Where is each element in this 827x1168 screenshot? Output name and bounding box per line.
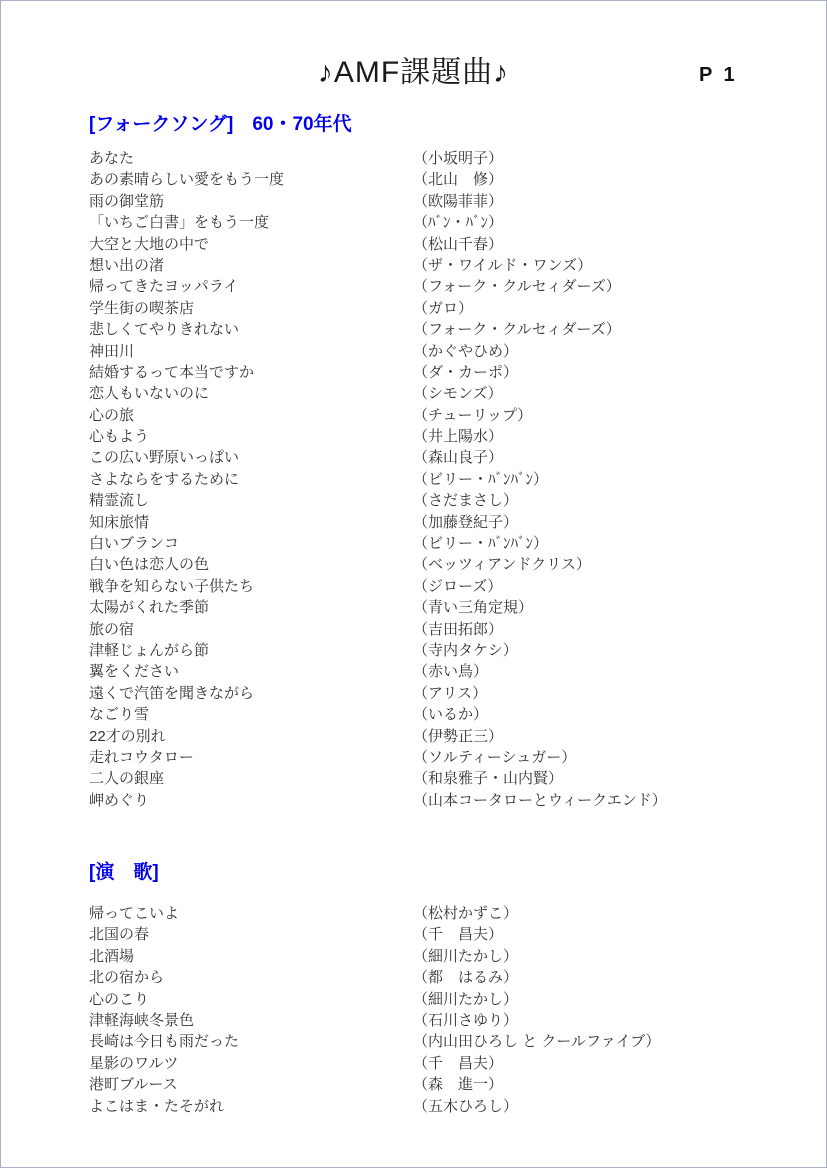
song-row: 帰ってこいよ（松村かずこ）: [89, 903, 786, 924]
song-row: 津軽じょんがら節（寺内タケシ）: [89, 640, 786, 661]
song-title: さよならをするために: [89, 469, 413, 490]
song-title: 遠くで汽笛を聞きながら: [89, 683, 413, 704]
song-row: あなた（小坂明子）: [89, 148, 786, 169]
song-title: 帰ってこいよ: [89, 903, 413, 924]
song-artist: （アリス）: [413, 683, 786, 704]
song-title: 心の旅: [89, 405, 413, 426]
song-title: 結婚するって本当ですか: [89, 362, 413, 383]
song-title: 大空と大地の中で: [89, 234, 413, 255]
song-row: よこはま・たそがれ（五木ひろし）: [89, 1096, 786, 1117]
song-row: 結婚するって本当ですか（ダ・カーポ）: [89, 362, 786, 383]
song-artist: （さだまさし）: [413, 490, 786, 511]
song-title: 旅の宿: [89, 619, 413, 640]
song-artist: （森 進一）: [413, 1074, 786, 1095]
song-artist: （北山 修）: [413, 169, 786, 190]
song-artist: （千 昌夫）: [413, 924, 786, 945]
song-row: 港町ブルース（森 進一）: [89, 1074, 786, 1095]
song-row: 戦争を知らない子供たち（ジローズ）: [89, 576, 786, 597]
song-artist: （ビリー・ﾊﾞﾝﾊﾞﾝ）: [413, 469, 786, 490]
song-artist: （吉田拓郎）: [413, 619, 786, 640]
song-row: 神田川（かぐやひめ）: [89, 341, 786, 362]
song-row: 恋人もいないのに（シモンズ）: [89, 383, 786, 404]
song-artist: （松村かずこ）: [413, 903, 786, 924]
song-artist: （森山良子）: [413, 447, 786, 468]
song-row: 雨の御堂筋（欧陽菲菲）: [89, 191, 786, 212]
song-artist: （ジローズ）: [413, 576, 786, 597]
song-artist: （細川たかし）: [413, 989, 786, 1010]
song-row: 心もよう（井上陽水）: [89, 426, 786, 447]
song-row: 星影のワルツ（千 昌夫）: [89, 1053, 786, 1074]
song-list-page: { "page": { "title": "♪AMF課題曲♪", "page_n…: [0, 0, 827, 1168]
song-artist: （赤い鳥）: [413, 661, 786, 682]
song-title: よこはま・たそがれ: [89, 1096, 413, 1117]
song-title: あなた: [89, 148, 413, 169]
song-title: 知床旅情: [89, 512, 413, 533]
song-artist: （いるか）: [413, 704, 786, 725]
song-title: 星影のワルツ: [89, 1053, 413, 1074]
song-row: 遠くで汽笛を聞きながら（アリス）: [89, 683, 786, 704]
song-artist: （ガロ）: [413, 298, 786, 319]
song-artist: （加藤登紀子）: [413, 512, 786, 533]
song-row: 白い色は恋人の色（ベッツィアンドクリス）: [89, 554, 786, 575]
song-list-enka: 帰ってこいよ（松村かずこ）北国の春（千 昌夫）北酒場（細川たかし）北の宿から（都…: [89, 903, 786, 1117]
song-row: 心のこり（細川たかし）: [89, 989, 786, 1010]
song-title: 津軽海峡冬景色: [89, 1010, 413, 1031]
song-title: 白いブランコ: [89, 533, 413, 554]
song-row: 太陽がくれた季節（青い三角定規）: [89, 597, 786, 618]
song-title: 心もよう: [89, 426, 413, 447]
song-artist: （内山田ひろし と クールファイブ）: [413, 1031, 786, 1052]
song-artist: （かぐやひめ）: [413, 341, 786, 362]
song-row: 旅の宿（吉田拓郎）: [89, 619, 786, 640]
song-artist: （井上陽水）: [413, 426, 786, 447]
song-artist: （和泉雅子・山内賢）: [413, 768, 786, 789]
song-row: 走れコウタロー（ソルティーシュガー）: [89, 747, 786, 768]
song-artist: （ﾊﾞﾝ・ﾊﾞﾝ）: [413, 212, 786, 233]
section-heading-folk-song: [フォークソング] 60・70年代: [89, 109, 352, 136]
song-title: 学生街の喫茶店: [89, 298, 413, 319]
song-artist: （欧陽菲菲）: [413, 191, 786, 212]
song-row: 想い出の渚（ザ・ワイルド・ワンズ）: [89, 255, 786, 276]
song-row: 心の旅（チューリップ）: [89, 405, 786, 426]
song-title: 恋人もいないのに: [89, 383, 413, 404]
song-title: 北酒場: [89, 946, 413, 967]
song-title: 神田川: [89, 341, 413, 362]
song-row: 精霊流し（さだまさし）: [89, 490, 786, 511]
song-row: 北の宿から（都 はるみ）: [89, 967, 786, 988]
song-row: 長崎は今日も雨だった（内山田ひろし と クールファイブ）: [89, 1031, 786, 1052]
song-title: あの素晴らしい愛をもう一度: [89, 169, 413, 190]
song-list-folk: あなた（小坂明子）あの素晴らしい愛をもう一度（北山 修）雨の御堂筋（欧陽菲菲）「…: [89, 148, 786, 811]
song-row: あの素晴らしい愛をもう一度（北山 修）: [89, 169, 786, 190]
song-title: 帰ってきたヨッパライ: [89, 276, 413, 297]
song-row: 学生街の喫茶店（ガロ）: [89, 298, 786, 319]
song-artist: （寺内タケシ）: [413, 640, 786, 661]
song-row: 22才の別れ（伊勢正三）: [89, 726, 786, 747]
song-row: 悲しくてやりきれない（フォーク・クルセィダーズ）: [89, 319, 786, 340]
song-title: 翼をください: [89, 661, 413, 682]
song-artist: （五木ひろし）: [413, 1096, 786, 1117]
song-artist: （チューリップ）: [413, 405, 786, 426]
song-row: 津軽海峡冬景色（石川さゆり）: [89, 1010, 786, 1031]
song-row: 北国の春（千 昌夫）: [89, 924, 786, 945]
song-title: 走れコウタロー: [89, 747, 413, 768]
song-row: この広い野原いっぱい（森山良子）: [89, 447, 786, 468]
song-artist: （フォーク・クルセィダーズ）: [413, 319, 786, 340]
song-row: 二人の銀座（和泉雅子・山内賢）: [89, 768, 786, 789]
song-artist: （フォーク・クルセィダーズ）: [413, 276, 786, 297]
song-artist: （松山千春）: [413, 234, 786, 255]
song-artist: （シモンズ）: [413, 383, 786, 404]
song-artist: （ソルティーシュガー）: [413, 747, 786, 768]
song-row: さよならをするために（ビリー・ﾊﾞﾝﾊﾞﾝ）: [89, 469, 786, 490]
song-title: 22才の別れ: [89, 726, 413, 747]
song-title: 「いちご白書」をもう一度: [89, 212, 413, 233]
song-title: 悲しくてやりきれない: [89, 319, 413, 340]
song-title: 二人の銀座: [89, 768, 413, 789]
song-artist: （小坂明子）: [413, 148, 786, 169]
song-title: 津軽じょんがら節: [89, 640, 413, 661]
song-row: 北酒場（細川たかし）: [89, 946, 786, 967]
song-title: なごり雪: [89, 704, 413, 725]
song-title: 太陽がくれた季節: [89, 597, 413, 618]
song-title: 戦争を知らない子供たち: [89, 576, 413, 597]
song-title: 長崎は今日も雨だった: [89, 1031, 413, 1052]
song-artist: （ダ・カーポ）: [413, 362, 786, 383]
song-artist: （都 はるみ）: [413, 967, 786, 988]
song-artist: （千 昌夫）: [413, 1053, 786, 1074]
song-title: 心のこり: [89, 989, 413, 1010]
song-title: 雨の御堂筋: [89, 191, 413, 212]
song-artist: （ザ・ワイルド・ワンズ）: [413, 255, 786, 276]
song-artist: （ベッツィアンドクリス）: [413, 554, 786, 575]
song-row: 翼をください（赤い鳥）: [89, 661, 786, 682]
song-title: 白い色は恋人の色: [89, 554, 413, 575]
song-row: 白いブランコ（ビリー・ﾊﾞﾝﾊﾞﾝ）: [89, 533, 786, 554]
song-artist: （細川たかし）: [413, 946, 786, 967]
song-row: 「いちご白書」をもう一度（ﾊﾞﾝ・ﾊﾞﾝ）: [89, 212, 786, 233]
song-artist: （青い三角定規）: [413, 597, 786, 618]
song-row: なごり雪（いるか）: [89, 704, 786, 725]
song-row: 大空と大地の中で（松山千春）: [89, 234, 786, 255]
song-row: 帰ってきたヨッパライ（フォーク・クルセィダーズ）: [89, 276, 786, 297]
page-number: P 1: [699, 64, 738, 87]
song-title: 北の宿から: [89, 967, 413, 988]
song-artist: （ビリー・ﾊﾞﾝﾊﾞﾝ）: [413, 533, 786, 554]
song-row: 知床旅情（加藤登紀子）: [89, 512, 786, 533]
song-title: 精霊流し: [89, 490, 413, 511]
song-title: 港町ブルース: [89, 1074, 413, 1095]
song-title: 北国の春: [89, 924, 413, 945]
song-title: この広い野原いっぱい: [89, 447, 413, 468]
section-heading-enka: [演 歌]: [89, 857, 159, 884]
song-title: 岬めぐり: [89, 790, 413, 811]
song-artist: （石川さゆり）: [413, 1010, 786, 1031]
song-artist: （山本コータローとウィークエンド）: [413, 790, 786, 811]
song-artist: （伊勢正三）: [413, 726, 786, 747]
song-title: 想い出の渚: [89, 255, 413, 276]
song-row: 岬めぐり（山本コータローとウィークエンド）: [89, 790, 786, 811]
